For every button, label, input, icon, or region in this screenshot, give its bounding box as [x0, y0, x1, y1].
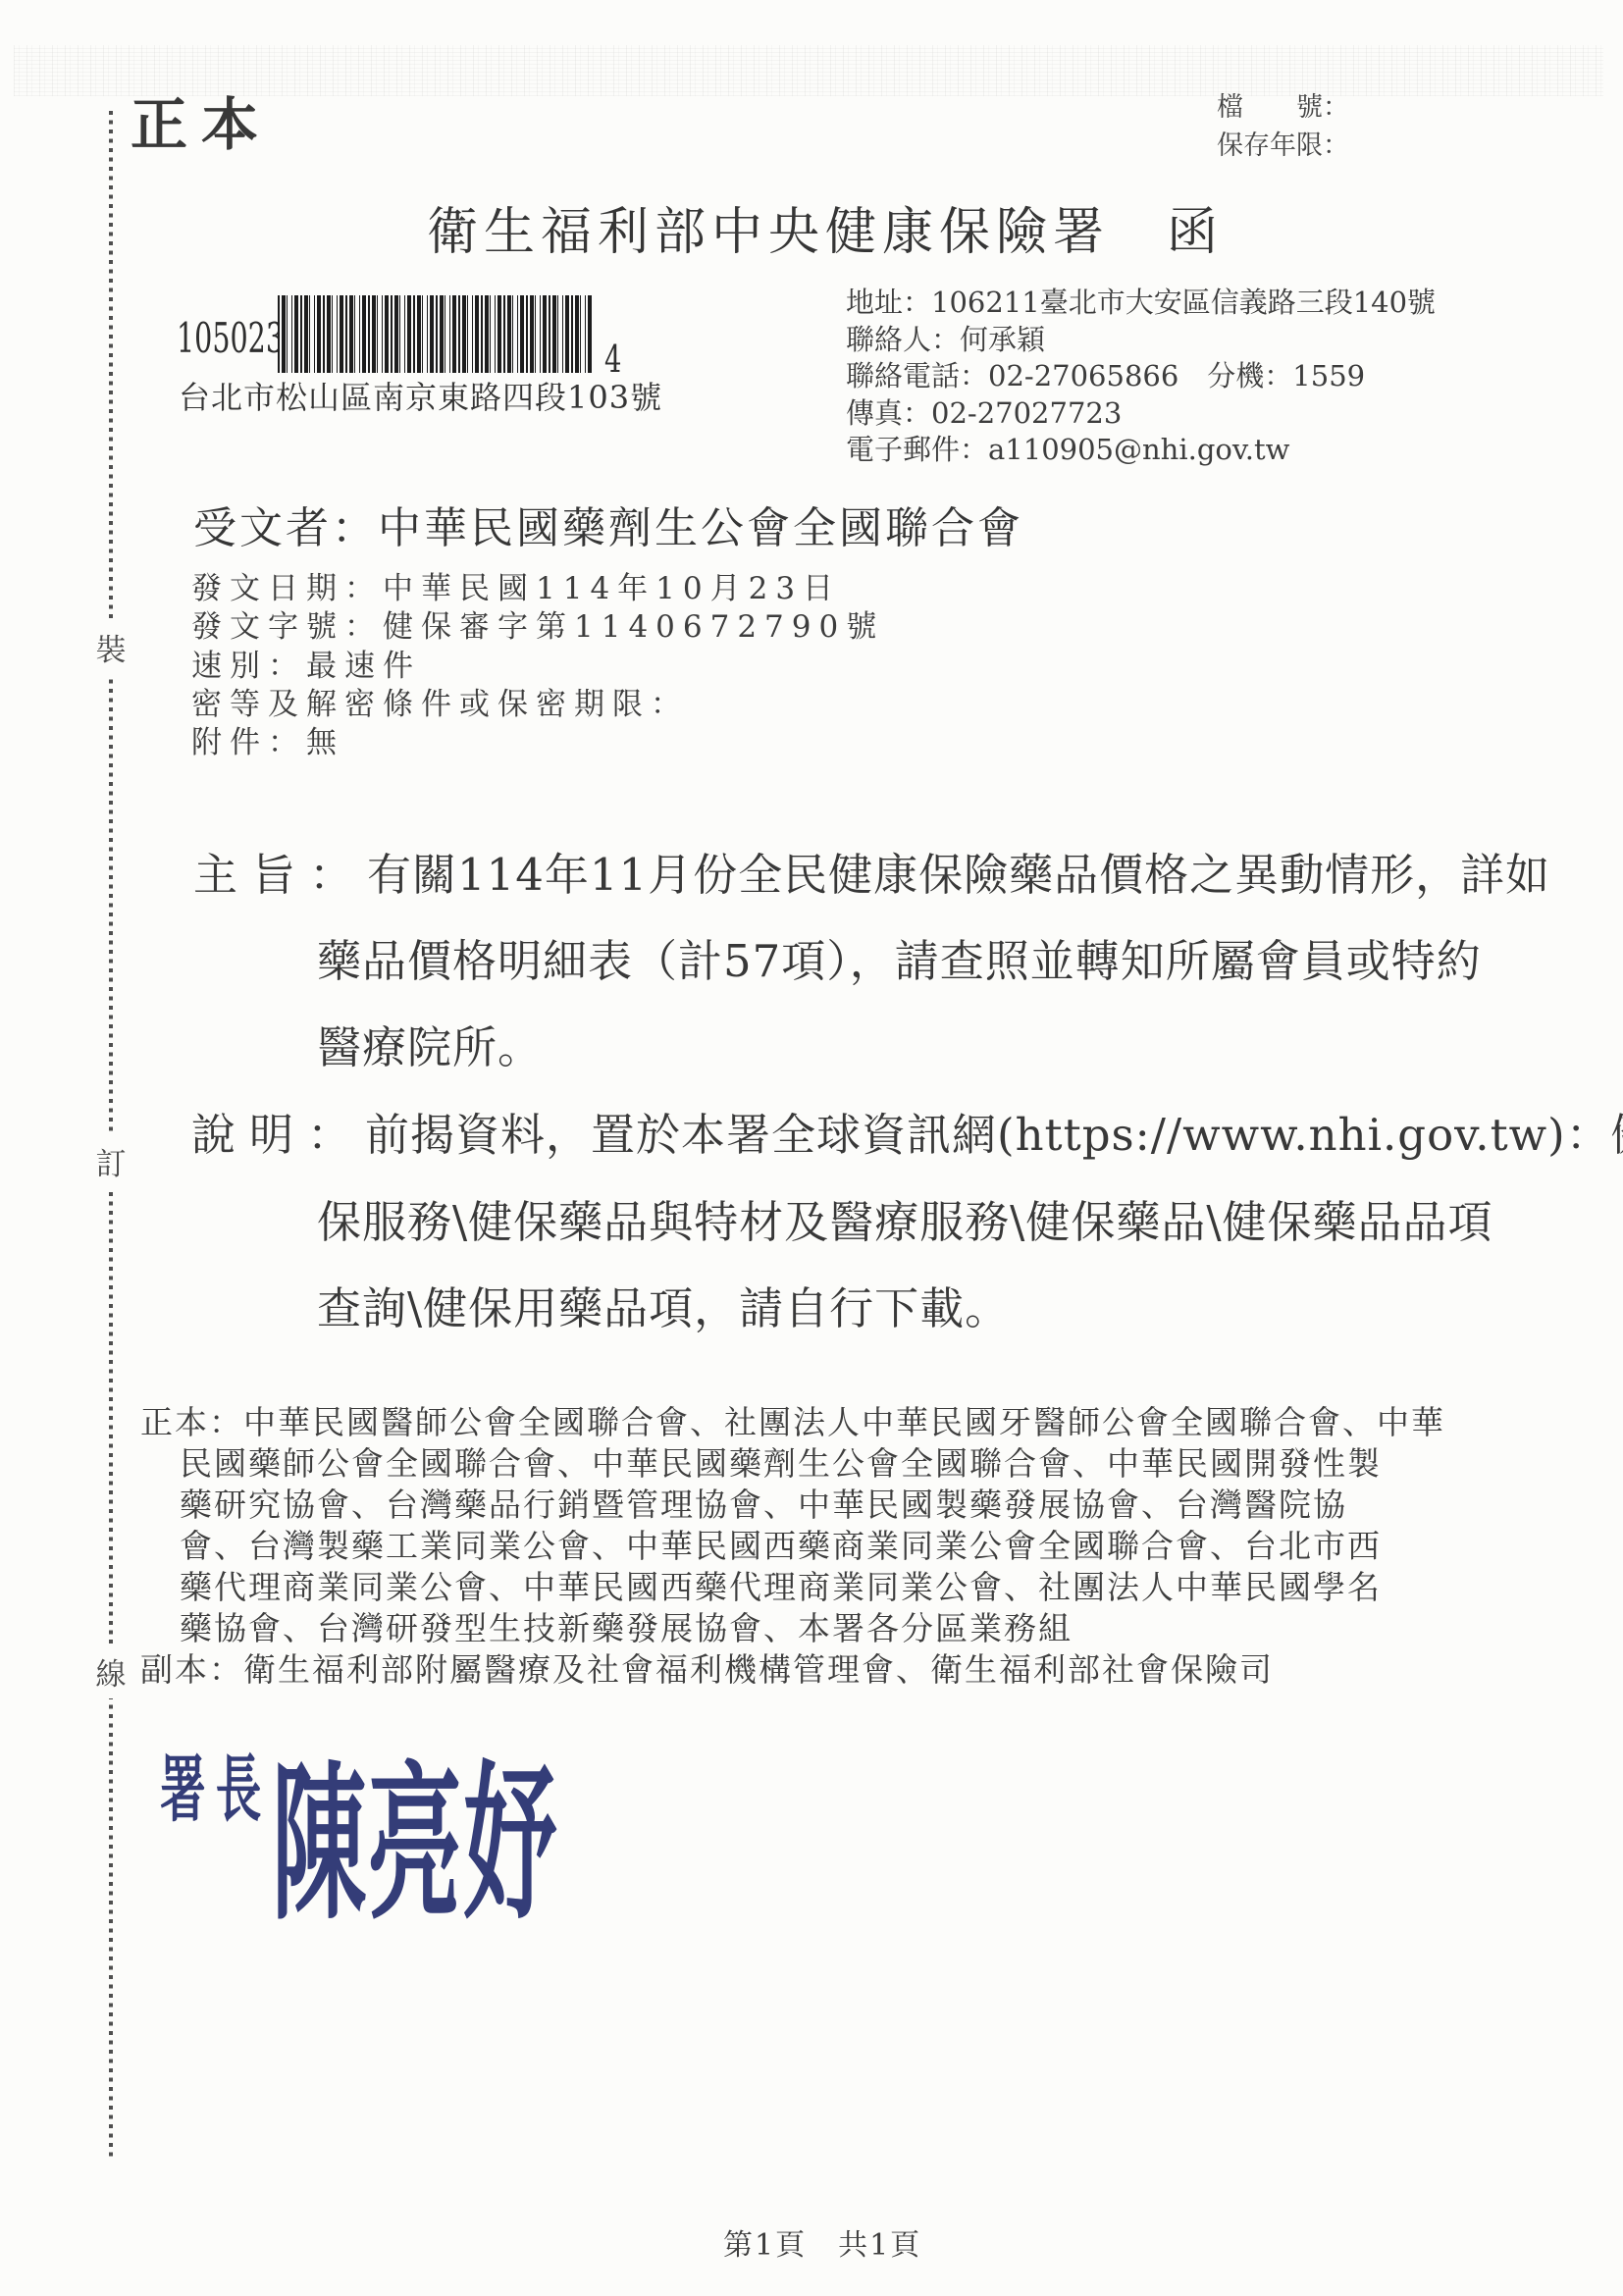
- subject-line-3: 醫療院所。: [317, 1012, 543, 1075]
- explanation-line-3: 查詢\健保用藥品項，請自行下載。: [317, 1273, 1010, 1336]
- sender-fax: 傳真：02-27027723: [846, 395, 1436, 433]
- binding-mark-zhuang: 裝: [94, 620, 128, 674]
- explanation-line-2: 保服務\健保藥品與特材及醫療服務\健保藥品\健保藥品品項: [317, 1186, 1493, 1250]
- primary-recipients-line-4: 會、台灣製藥工業同業公會、中華民國西藥商業同業公會全國聯合會、台北市西: [180, 1521, 1382, 1567]
- recipient-line: 受文者：中華民國藥劑生公會全國聯合會: [193, 493, 1023, 555]
- sender-email: 電子郵件：a110905@nhi.gov.tw: [846, 432, 1436, 469]
- issue-date-line: 發文日期：中華民國114年10月23日: [191, 570, 884, 608]
- primary-recipients-line-6: 藥協會、台灣研發型生技新藥發展協會、本署各分區業務組: [180, 1603, 1073, 1649]
- binding-mark-xian: 線: [94, 1644, 128, 1698]
- retention-period-label: 保存年限：: [1217, 127, 1349, 165]
- doc-number-line: 發文字號：健保審字第1140672790號: [191, 608, 884, 647]
- agency-title: 衛生福利部中央健康保險署 函: [427, 190, 1224, 264]
- mailing-address: 台北市松山區南京東路四段103號: [179, 373, 662, 418]
- security-class-line: 密等及解密條件或保密期限：: [191, 686, 884, 724]
- subject-line-2: 藥品價格明細表（計57項），請查照並轉知所屬會員或特約: [317, 925, 1482, 989]
- scanned-official-letter: { "document": { "copy_label": "正本", "fil…: [0, 0, 1623, 2296]
- secondary-recipients-label: 副本：: [140, 1650, 243, 1689]
- secondary-recipients-line: 副本：衛生福利部附屬醫療及社會福利機構管理會、衛生福利部社會保險司: [140, 1644, 1274, 1691]
- attachment-line: 附件：無: [191, 724, 884, 762]
- explanation-text-1: 前揭資料，置於本署全球資訊網(https://www.nhi.gov.tw)：健: [365, 1109, 1623, 1161]
- speed-class-line: 速別：最速件: [191, 648, 884, 686]
- explanation-label: 說明：: [191, 1109, 365, 1161]
- mailing-code: 105023: [177, 314, 284, 362]
- document-meta-block: 發文日期：中華民國114年10月23日 發文字號：健保審字第1140672790…: [191, 570, 884, 762]
- primary-recipients-label: 正本：: [140, 1403, 243, 1441]
- sender-contact-person: 聯絡人：何承穎: [846, 322, 1436, 359]
- sender-address: 地址：106211臺北市大安區信義路三段140號: [846, 285, 1436, 322]
- primary-recipients-line-2: 民國藥師公會全國聯合會、中華民國藥劑生公會全國聯合會、中華民國開發性製: [180, 1438, 1382, 1485]
- signature-name: 陳亮妤: [272, 1709, 558, 1952]
- secondary-recipients-text: 衛生福利部附屬醫療及社會福利機構管理會、衛生福利部社會保險司: [243, 1650, 1274, 1689]
- primary-recipients-line-5: 藥代理商業同業公會、中華民國西藥代理商業同業公會、社團法人中華民國學名: [180, 1562, 1382, 1608]
- signature-title: 署長: [160, 1732, 271, 1836]
- primary-recipients-line-1: 正本：中華民國醫師公會全國聯合會、社團法人中華民國牙醫師公會全國聯合會、中華: [140, 1397, 1445, 1443]
- sender-phone: 聯絡電話：02-27065866 分機：1559: [846, 358, 1436, 395]
- subject-text-1: 有關114年11月份全民健康保險藥品價格之異動情形，詳如: [367, 849, 1550, 901]
- explanation-line-1: 說明：前揭資料，置於本署全球資訊網(https://www.nhi.gov.tw…: [191, 1099, 1623, 1163]
- subject-label: 主旨：: [193, 849, 367, 901]
- copy-type-label: 正本: [131, 78, 272, 161]
- subject-line-1: 主旨：有關114年11月份全民健康保險藥品價格之異動情形，詳如: [193, 839, 1550, 903]
- file-reference-block: 檔 號： 保存年限：: [1217, 88, 1349, 165]
- file-number-label: 檔 號：: [1217, 88, 1349, 127]
- page-footer: 第1頁 共1頁: [723, 2220, 921, 2264]
- binding-mark-ding: 訂: [94, 1134, 128, 1188]
- primary-recipients-line-3: 藥研究協會、台灣藥品行銷暨管理協會、中華民國製藥發展協會、台灣醫院協: [180, 1480, 1347, 1526]
- barcode-image: [278, 295, 594, 373]
- primary-recipients-text-1: 中華民國醫師公會全國聯合會、社團法人中華民國牙醫師公會全國聯合會、中華: [243, 1403, 1445, 1441]
- sender-info-block: 地址：106211臺北市大安區信義路三段140號 聯絡人：何承穎 聯絡電話：02…: [846, 285, 1436, 469]
